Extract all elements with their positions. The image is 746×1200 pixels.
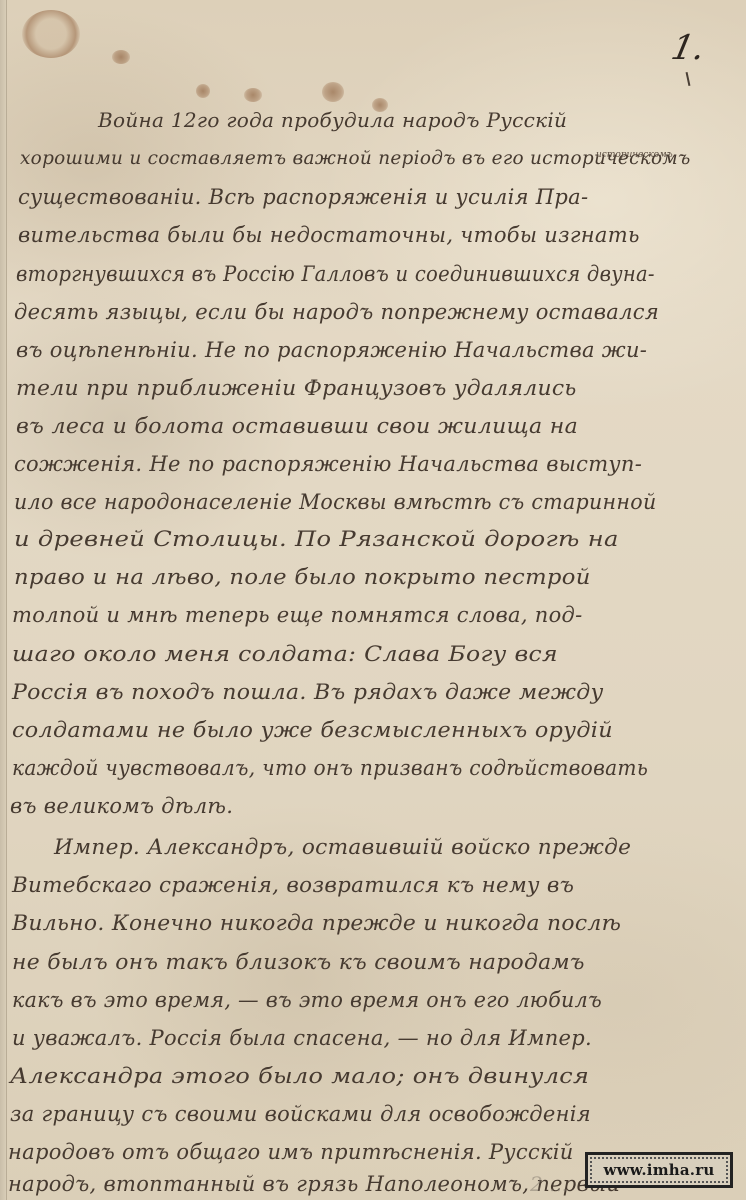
text-line: за границу съ своими войсками для освобо…: [10, 1102, 591, 1126]
text-line: народовъ отъ общаго имъ притѣсненія. Рус…: [8, 1140, 574, 1164]
manuscript-page: 1. Война 12го года пробудила народъ Русс…: [0, 0, 746, 1200]
text-line: тели при приближеніи Французовъ удалялис…: [16, 376, 577, 400]
text-line: не былъ онъ такъ близокъ къ своимъ народ…: [12, 950, 585, 974]
text-line: Россія въ походъ пошла. Въ рядахъ даже м…: [12, 680, 604, 704]
ink-stain: [112, 50, 130, 64]
text-line: вторгнувшихся въ Россію Галловъ и соедин…: [16, 262, 655, 286]
text-line: хорошими и составляетъ важной періодъ въ…: [20, 147, 691, 169]
text-line: Александра этого было мало; онъ двинулся: [10, 1064, 589, 1088]
text-line: въ великомъ дѣлѣ.: [10, 794, 233, 818]
text-line: и уважалъ. Россія была спасена, — но для…: [12, 1026, 592, 1050]
text-line: и древней Столицы. По Рязанской дорогѣ н…: [14, 527, 619, 551]
text-line: шаго около меня солдата: Слава Богу вся: [12, 642, 558, 666]
ink-stain: [322, 82, 344, 102]
text-line: какъ въ это время, — въ это время онъ ег…: [12, 988, 602, 1012]
text-line: ило все народонаселеніе Москвы вмѣстѣ съ…: [14, 490, 656, 514]
text-line: Вильно. Конечно никогда прежде и никогда…: [12, 911, 621, 935]
ink-stain: [22, 10, 80, 58]
text-line: десять языцы, если бы народъ попрежнему …: [14, 300, 659, 324]
text-line: Импер. Александръ, оставившій войско пре…: [54, 835, 631, 859]
pencil-annotation: 2 ...: [530, 1172, 568, 1196]
ink-stain: [244, 88, 262, 102]
text-line: толпой и мнѣ теперь еще помнятся слова, …: [12, 603, 583, 627]
page-number: 1.: [668, 28, 709, 68]
text-line: каждой чувствовалъ, что онъ призванъ сод…: [12, 756, 648, 780]
margin-mark: [686, 72, 691, 86]
text-line: народъ, втоптанный въ грязь Наполеономъ,…: [8, 1172, 620, 1196]
marginal-note: историческомъ: [596, 150, 673, 160]
text-line: право и на лѣво, поле было покрыто пестр…: [14, 565, 591, 589]
page-left-edge: [0, 0, 7, 1200]
text-line: солдатами не было уже безсмысленныхъ ору…: [12, 718, 613, 742]
text-line: Витебскаго сраженія, возвратился къ нему…: [12, 873, 574, 897]
text-line: въ оцѣпенѣніи. Не по распоряженію Началь…: [16, 338, 647, 362]
text-line: вительства были бы недостаточны, чтобы и…: [18, 223, 640, 247]
text-line: въ леса и болота оставивши свои жилища н…: [16, 414, 578, 438]
watermark-badge: www.imha.ru: [585, 1152, 733, 1188]
text-line: сожженія. Не по распоряженію Начальства …: [14, 452, 642, 476]
text-line: существованіи. Всѣ распоряженія и усилія…: [18, 185, 588, 209]
text-line: Война 12го года пробудила народъ Русскій: [98, 108, 567, 132]
ink-stain: [196, 84, 210, 98]
